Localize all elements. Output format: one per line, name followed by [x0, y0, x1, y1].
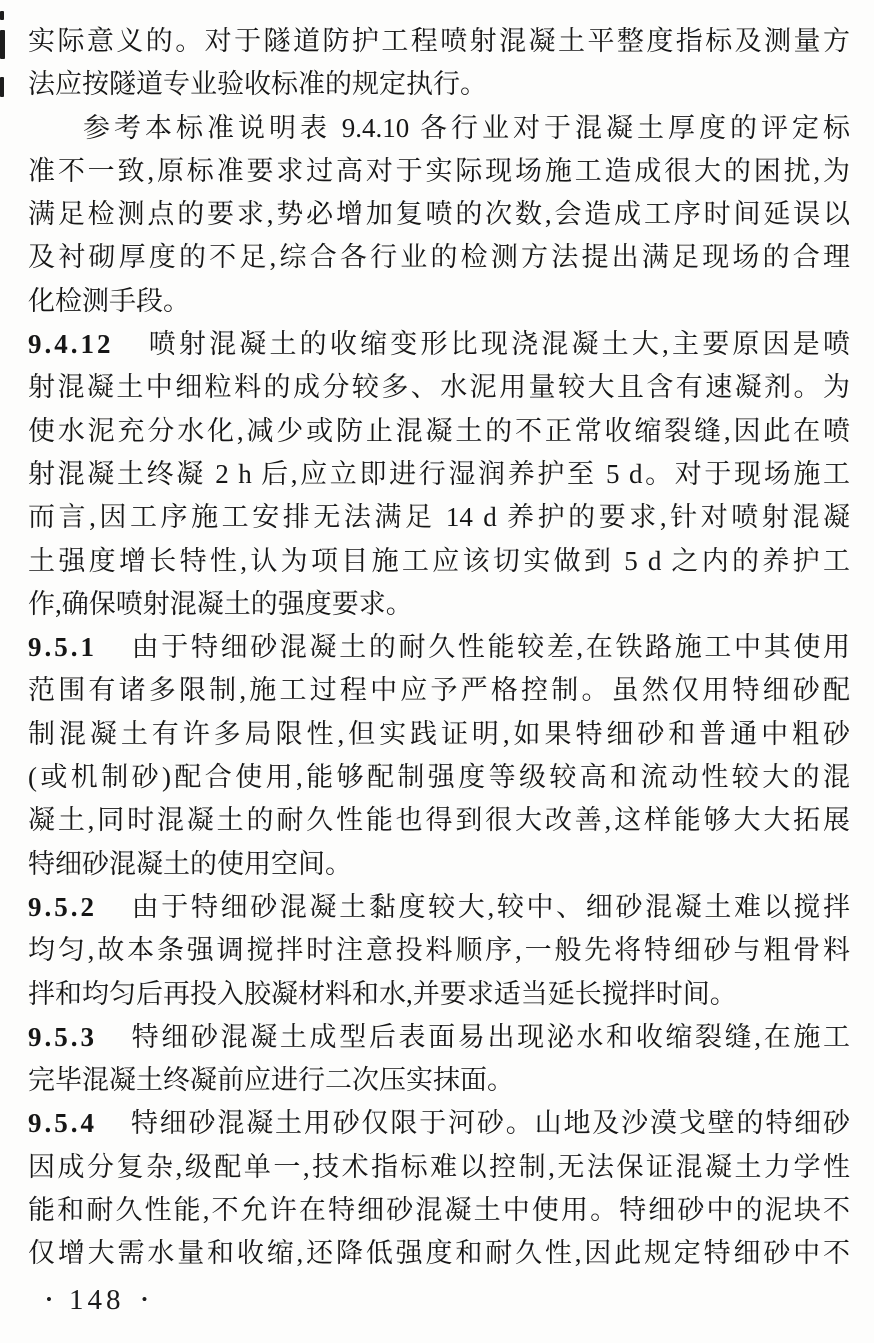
text-line: 作,确保喷射混凝土的强度要求。: [28, 583, 850, 626]
text-line: (或机制砂)配合使用,能够配制强度等级较高和流动性较大的混: [28, 756, 850, 799]
line-text: 而言,因工序施工安排无法满足 14 d 养护的要求,针对喷射混凝: [28, 502, 850, 532]
text-line: 9.4.12喷射混凝土的收缩变形比现浇混凝土大,主要原因是喷: [28, 323, 850, 366]
page-text-block: 实际意义的。对于隧道防护工程喷射混凝土平整度指标及测量方法应按隧道专业验收标准的…: [28, 20, 850, 1276]
line-text: 特细砂混凝土用砂仅限于河砂。山地及沙漠戈壁的特细砂: [129, 1108, 850, 1138]
footer-left-dot-icon: •: [46, 1291, 52, 1308]
text-line: 拌和均匀后再投入胶凝材料和水,并要求适当延长搅拌时间。: [28, 973, 850, 1016]
line-text: 均匀,故本条强调搅拌时注意投料顺序,一般先将特细砂与粗骨料: [28, 935, 850, 965]
text-line: 土强度增长特性,认为项目施工应该切实做到 5 d 之内的养护工: [28, 540, 850, 583]
clause-number: 9.5.2: [28, 892, 97, 922]
text-line: 凝土,同时混凝土的耐久性能也得到很大改善,这样能够大大拓展: [28, 799, 850, 842]
text-line: 满足检测点的要求,势必增加复喷的次数,会造成工序时间延误以: [28, 193, 850, 236]
text-line: 特细砂混凝土的使用空间。: [28, 843, 850, 886]
text-line: 9.5.2由于特细砂混凝土黏度较大,较中、细砂混凝土难以搅拌: [28, 886, 850, 929]
line-text: 及衬砌厚度的不足,综合各行业的检测方法提出满足现场的合理: [28, 242, 850, 272]
scan-artifact: [0, 30, 5, 59]
line-text: 制混凝土有许多局限性,但实践证明,如果特细砂和普通中粗砂: [28, 719, 850, 749]
text-line: 范围有诸多限制,施工过程中应予严格控制。虽然仅用特细砂配: [28, 669, 850, 712]
line-text: 因成分复杂,级配单一,技术指标难以控制,无法保证混凝土力学性: [28, 1152, 850, 1182]
footer-right-dot-icon: •: [141, 1291, 147, 1308]
text-line: 9.5.3特细砂混凝土成型后表面易出现泌水和收缩裂缝,在施工: [28, 1016, 850, 1059]
line-text: 法应按隧道专业验收标准的规定执行。: [28, 69, 487, 99]
line-text: 拌和均匀后再投入胶凝材料和水,并要求适当延长搅拌时间。: [28, 979, 737, 1009]
text-line: 及衬砌厚度的不足,综合各行业的检测方法提出满足现场的合理: [28, 236, 850, 279]
text-line: 法应按隧道专业验收标准的规定执行。: [28, 63, 850, 106]
line-text: 特细砂混凝土的使用空间。: [28, 849, 352, 879]
text-line: 制混凝土有许多局限性,但实践证明,如果特细砂和普通中粗砂: [28, 713, 850, 756]
line-text: 特细砂混凝土成型后表面易出现泌水和收缩裂缝,在施工: [129, 1022, 850, 1052]
text-line: 均匀,故本条强调搅拌时注意投料顺序,一般先将特细砂与粗骨料: [28, 929, 850, 972]
clause-number: 9.5.1: [28, 632, 97, 662]
line-text: 作,确保喷射混凝土的强度要求。: [28, 589, 413, 619]
line-text: 能和耐久性能,不允许在特细砂混凝土中使用。特细砂中的泥块不: [28, 1195, 850, 1225]
line-text: 由于特细砂混凝土黏度较大,较中、细砂混凝土难以搅拌: [129, 892, 850, 922]
text-line: 准不一致,原标准要求过高对于实际现场施工造成很大的困扰,为: [28, 150, 850, 193]
clause-number: 9.4.12: [28, 329, 114, 359]
line-text: 喷射混凝土的收缩变形比现浇混凝土大,主要原因是喷: [146, 329, 851, 359]
text-line: 实际意义的。对于隧道防护工程喷射混凝土平整度指标及测量方: [28, 20, 850, 63]
text-line: 9.5.1由于特细砂混凝土的耐久性能较差,在铁路施工中其使用: [28, 626, 850, 669]
line-text: 完毕混凝土终凝前应进行二次压实抹面。: [28, 1065, 514, 1095]
line-text: 范围有诸多限制,施工过程中应予严格控制。虽然仅用特细砂配: [28, 675, 850, 705]
line-text: 满足检测点的要求,势必增加复喷的次数,会造成工序时间延误以: [28, 199, 850, 229]
line-text: 由于特细砂混凝土的耐久性能较差,在铁路施工中其使用: [129, 632, 850, 662]
page-footer: • 148 •: [46, 1280, 147, 1320]
line-text: 射混凝土中细粒料的成分较多、水泥用量较大且含有速凝剂。为: [28, 372, 850, 402]
text-line: 使水泥充分水化,减少或防止混凝土的不正常收缩裂缝,因此在喷: [28, 410, 850, 453]
text-line: 射混凝土中细粒料的成分较多、水泥用量较大且含有速凝剂。为: [28, 366, 850, 409]
line-text: 化检测手段。: [28, 286, 190, 316]
line-text: (或机制砂)配合使用,能够配制强度等级较高和流动性较大的混: [28, 762, 850, 792]
text-line: 参考本标准说明表 9.4.10 各行业对于混凝土厚度的评定标: [28, 107, 850, 150]
line-text: 使水泥充分水化,减少或防止混凝土的不正常收缩裂缝,因此在喷: [28, 416, 850, 446]
clause-number: 9.5.3: [28, 1022, 97, 1052]
text-line: 仅增大需水量和收缩,还降低强度和耐久性,因此规定特细砂中不: [28, 1232, 850, 1275]
text-line: 能和耐久性能,不允许在特细砂混凝土中使用。特细砂中的泥块不: [28, 1189, 850, 1232]
text-line: 射混凝土终凝 2 h 后,应立即进行湿润养护至 5 d。对于现场施工: [28, 453, 850, 496]
line-text: 凝土,同时混凝土的耐久性能也得到很大改善,这样能够大大拓展: [28, 805, 850, 835]
clause-number: 9.5.4: [28, 1108, 97, 1138]
text-line: 而言,因工序施工安排无法满足 14 d 养护的要求,针对喷射混凝: [28, 496, 850, 539]
text-line: 因成分复杂,级配单一,技术指标难以控制,无法保证混凝土力学性: [28, 1146, 850, 1189]
line-text: 土强度增长特性,认为项目施工应该切实做到 5 d 之内的养护工: [28, 546, 850, 576]
line-text: 准不一致,原标准要求过高对于实际现场施工造成很大的困扰,为: [28, 156, 850, 186]
line-text: 仅增大需水量和收缩,还降低强度和耐久性,因此规定特细砂中不: [28, 1238, 850, 1268]
document-page: 实际意义的。对于隧道防护工程喷射混凝土平整度指标及测量方法应按隧道专业验收标准的…: [0, 0, 874, 1343]
text-line: 化检测手段。: [28, 280, 850, 323]
text-line: 9.5.4特细砂混凝土用砂仅限于河砂。山地及沙漠戈壁的特细砂: [28, 1102, 850, 1145]
line-text: 实际意义的。对于隧道防护工程喷射混凝土平整度指标及测量方: [28, 26, 850, 56]
scan-artifact: [0, 11, 4, 20]
text-line: 完毕混凝土终凝前应进行二次压实抹面。: [28, 1059, 850, 1102]
line-text: 射混凝土终凝 2 h 后,应立即进行湿润养护至 5 d。对于现场施工: [28, 459, 850, 489]
scan-artifact: [0, 77, 4, 97]
line-text: 参考本标准说明表 9.4.10 各行业对于混凝土厚度的评定标: [83, 113, 850, 143]
page-number: 148: [69, 1284, 125, 1317]
